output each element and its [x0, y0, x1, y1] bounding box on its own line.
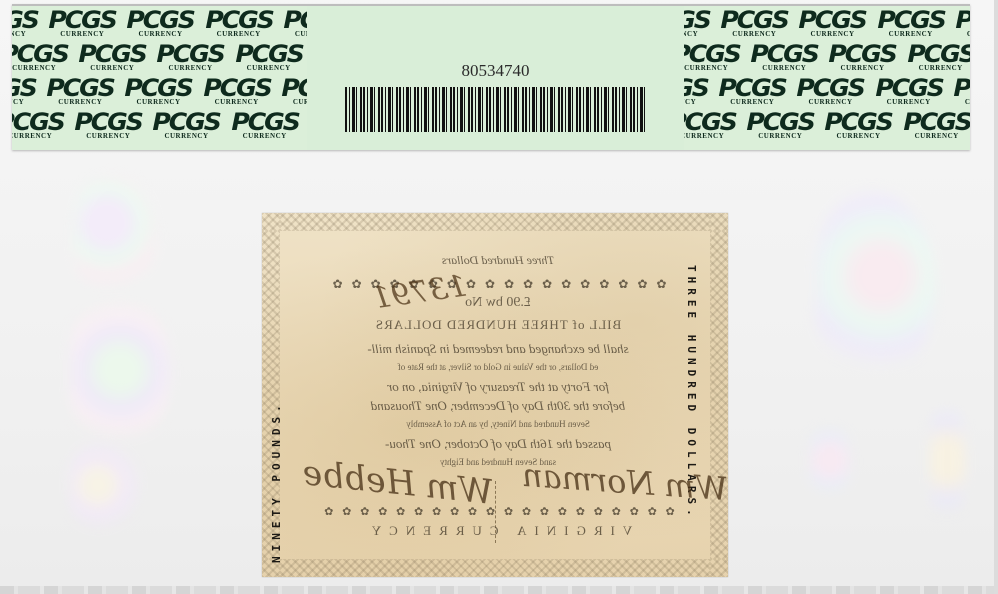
- note-left-side-text: NINETY POUNDS.: [270, 400, 283, 563]
- hologram-left-middle: [70, 290, 170, 450]
- note-footer-ornaments: ✿ ✿ ✿ ✿ ✿ ✿ ✿ ✿ ✿ ✿ ✿ ✿ ✿ ✿ ✿ ✿ ✿ ✿ ✿ ✿: [308, 505, 688, 518]
- hologram-left-top: [75, 175, 155, 295]
- pcgs-logo-icon: PCGSCURRENCY: [12, 8, 36, 38]
- pcgs-logo-icon: PCGSCURRENCY: [233, 110, 297, 140]
- note-body-line: ed Dollars, or the Value in Gold or Silv…: [308, 358, 688, 377]
- note-body-line: before the 30th Day of December, One Tho…: [308, 396, 688, 415]
- hologram-right-top: [815, 190, 935, 380]
- pcgs-logo-icon: PCGSCURRENCY: [879, 8, 943, 38]
- pcgs-logo-icon: PCGSCURRENCY: [905, 110, 969, 140]
- pcgs-logo-icon: PCGSCURRENCY: [722, 8, 786, 38]
- pcgs-pattern-row: PCGSCURRENCYPCGSCURRENCYPCGSCURRENCYPCGS…: [12, 76, 307, 106]
- pcgs-pattern-row: PCGSCURRENCYPCGSCURRENCYPCGSCURRENCYPCGS…: [12, 8, 307, 38]
- pcgs-pattern-row: PCGSCURRENCYPCGSCURRENCYPCGSCURRENCYPCGS…: [12, 110, 307, 140]
- pcgs-logo-icon: PCGSCURRENCY: [955, 76, 970, 106]
- note-ornament-row: ✿ ✿ ✿ ✿ ✿ ✿ ✿ ✿ ✿ ✿ ✿ ✿ ✿ ✿ ✿ ✿ ✿ ✿: [308, 277, 688, 292]
- pcgs-logo-icon: PCGSCURRENCY: [684, 76, 706, 106]
- pcgs-logo-icon: PCGSCURRENCY: [877, 76, 941, 106]
- note-body-line: Seven Hundred and Ninety, by an Act of A…: [308, 415, 688, 434]
- barcode-icon: [345, 87, 645, 132]
- pcgs-logo-icon: PCGSCURRENCY: [957, 8, 970, 38]
- pcgs-pattern-row: PCGSCURRENCYPCGSCURRENCYPCGSCURRENCYPCGS…: [684, 8, 970, 38]
- pcgs-logo-icon: PCGSCURRENCY: [826, 110, 890, 140]
- label-center-panel: 80534740: [307, 6, 684, 150]
- pcgs-logo-icon: PCGSCURRENCY: [237, 42, 301, 72]
- pcgs-pattern-row: PCGSCURRENCYPCGSCURRENCYPCGSCURRENCYPCGS…: [684, 110, 970, 140]
- note-footer: VIRGINIA CURRENCY: [308, 523, 688, 539]
- certificate-number: 80534740: [307, 61, 684, 81]
- pcgs-logo-icon: PCGSCURRENCY: [76, 110, 140, 140]
- pcgs-logo-icon: PCGSCURRENCY: [285, 8, 307, 38]
- pcgs-logo-icon: PCGSCURRENCY: [50, 8, 114, 38]
- pcgs-pattern-row: PCGSCURRENCYPCGSCURRENCYPCGSCURRENCYPCGS…: [684, 76, 970, 106]
- note-header: Three Hundred Dollars: [308, 253, 688, 268]
- label-pattern-left: PCGSCURRENCYPCGSCURRENCYPCGSCURRENCYPCGS…: [12, 6, 307, 150]
- label-pattern-right: PCGSCURRENCYPCGSCURRENCYPCGSCURRENCYPCGS…: [684, 6, 970, 150]
- pcgs-logo-icon: PCGSCURRENCY: [909, 42, 970, 72]
- banknote: NINETY POUNDS. THREE HUNDRED DOLLARS. Th…: [262, 213, 728, 577]
- pcgs-logo-icon: PCGSCURRENCY: [283, 76, 307, 106]
- pcgs-logo-icon: PCGSCURRENCY: [720, 76, 784, 106]
- grading-label: PCGSCURRENCYPCGSCURRENCYPCGSCURRENCYPCGS…: [12, 4, 970, 150]
- note-denomination-line: £.90 bw No: [308, 295, 688, 311]
- pcgs-logo-icon: PCGSCURRENCY: [128, 8, 192, 38]
- slab-bottom-edge: [0, 586, 998, 594]
- note-body-line: shall be exchanged and redeemed in Spani…: [308, 339, 688, 358]
- pcgs-logo-icon: PCGSCURRENCY: [684, 8, 708, 38]
- hologram-left-bottom: [70, 440, 140, 530]
- pcgs-pattern-row: PCGSCURRENCYPCGSCURRENCYPCGSCURRENCYPCGS…: [12, 42, 307, 72]
- pcgs-logo-icon: PCGSCURRENCY: [154, 110, 218, 140]
- pcgs-logo-icon: PCGSCURRENCY: [12, 76, 34, 106]
- pcgs-logo-icon: PCGSCURRENCY: [126, 76, 190, 106]
- note-body-line: passed the 16th Day of October, One Thou…: [308, 434, 688, 453]
- pcgs-logo-icon: PCGSCURRENCY: [748, 110, 812, 140]
- pcgs-logo-icon: PCGSCURRENCY: [830, 42, 894, 72]
- pcgs-logo-icon: PCGSCURRENCY: [80, 42, 144, 72]
- note-title-line: BILL of THREE HUNDRED DOLLARS: [308, 317, 688, 333]
- hologram-right-bottom-b: [930, 390, 965, 530]
- hologram-right-bottom-a: [810, 420, 850, 500]
- pcgs-logo-icon: PCGSCURRENCY: [800, 8, 864, 38]
- pcgs-logo-icon: PCGSCURRENCY: [684, 110, 734, 140]
- slab-right-edge: [994, 0, 998, 594]
- pcgs-logo-icon: PCGSCURRENCY: [158, 42, 222, 72]
- note-body-line: for Forty at the Treasury of Virginia, o…: [308, 377, 688, 396]
- pcgs-logo-icon: PCGSCURRENCY: [205, 76, 269, 106]
- pcgs-logo-icon: PCGSCURRENCY: [48, 76, 112, 106]
- pcgs-logo-icon: PCGSCURRENCY: [12, 42, 66, 72]
- note-body: shall be exchanged and redeemed in Spani…: [308, 339, 688, 472]
- pcgs-logo-icon: PCGSCURRENCY: [684, 42, 738, 72]
- pcgs-logo-icon: PCGSCURRENCY: [207, 8, 271, 38]
- pcgs-pattern-row: PCGSCURRENCYPCGSCURRENCYPCGSCURRENCYPCGS…: [684, 42, 970, 72]
- pcgs-logo-icon: PCGSCURRENCY: [752, 42, 816, 72]
- pcgs-logo-icon: PCGSCURRENCY: [798, 76, 862, 106]
- pcgs-logo-icon: PCGSCURRENCY: [12, 110, 62, 140]
